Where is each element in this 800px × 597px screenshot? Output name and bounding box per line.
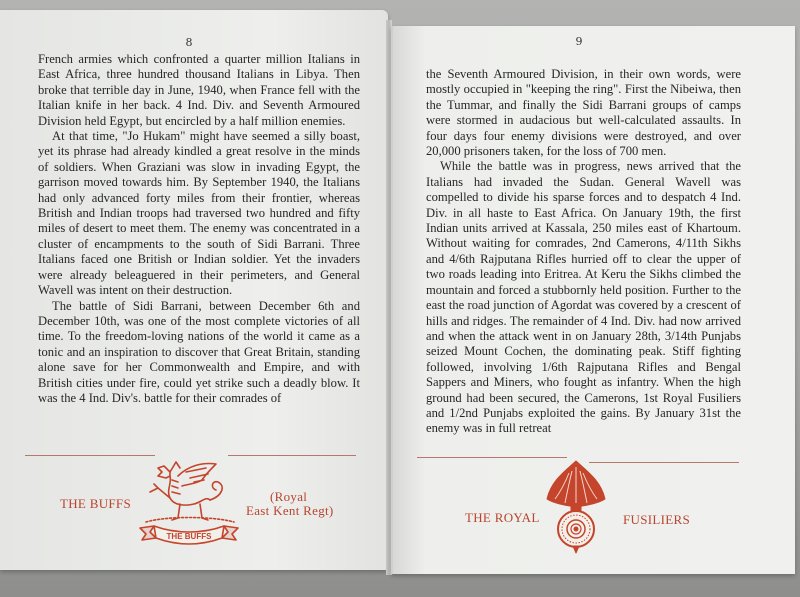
page-number: 9 — [378, 35, 780, 48]
right-page-body: the Seventh Armoured Division, in their … — [426, 67, 741, 437]
left-page-body: French armies which confronted a quarter… — [38, 52, 360, 406]
regiment-subtitle-line1: (Royal — [270, 490, 307, 504]
svg-text:THE BUFFS: THE BUFFS — [167, 532, 213, 541]
right-page: 9 the Seventh Armoured Division, in thei… — [391, 26, 795, 574]
paragraph: While the battle was in progress, news a… — [426, 159, 741, 436]
regiment-name-right: FUSILIERS — [623, 513, 690, 527]
paragraph: the Seventh Armoured Division, in their … — [426, 67, 741, 159]
dragon-badge-icon: THE BUFFS — [136, 450, 242, 546]
left-page: 8 French armies which confronted a quart… — [0, 10, 388, 570]
divider-rule — [417, 457, 567, 458]
paragraph: The battle of Sidi Barrani, between Dece… — [38, 299, 360, 407]
page-number: 8 — [0, 36, 383, 49]
regiment-name-left: THE ROYAL — [465, 511, 540, 525]
regiment-name-left: THE BUFFS — [60, 497, 131, 511]
paragraph: At that time, "Jo Hukam" might have seem… — [38, 129, 360, 298]
divider-rule — [228, 455, 356, 456]
divider-rule — [589, 462, 739, 463]
regiment-subtitle-line2: East Kent Regt) — [246, 504, 334, 518]
paragraph: French armies which confronted a quarter… — [38, 52, 360, 129]
flaming-grenade-badge-icon — [543, 459, 609, 555]
